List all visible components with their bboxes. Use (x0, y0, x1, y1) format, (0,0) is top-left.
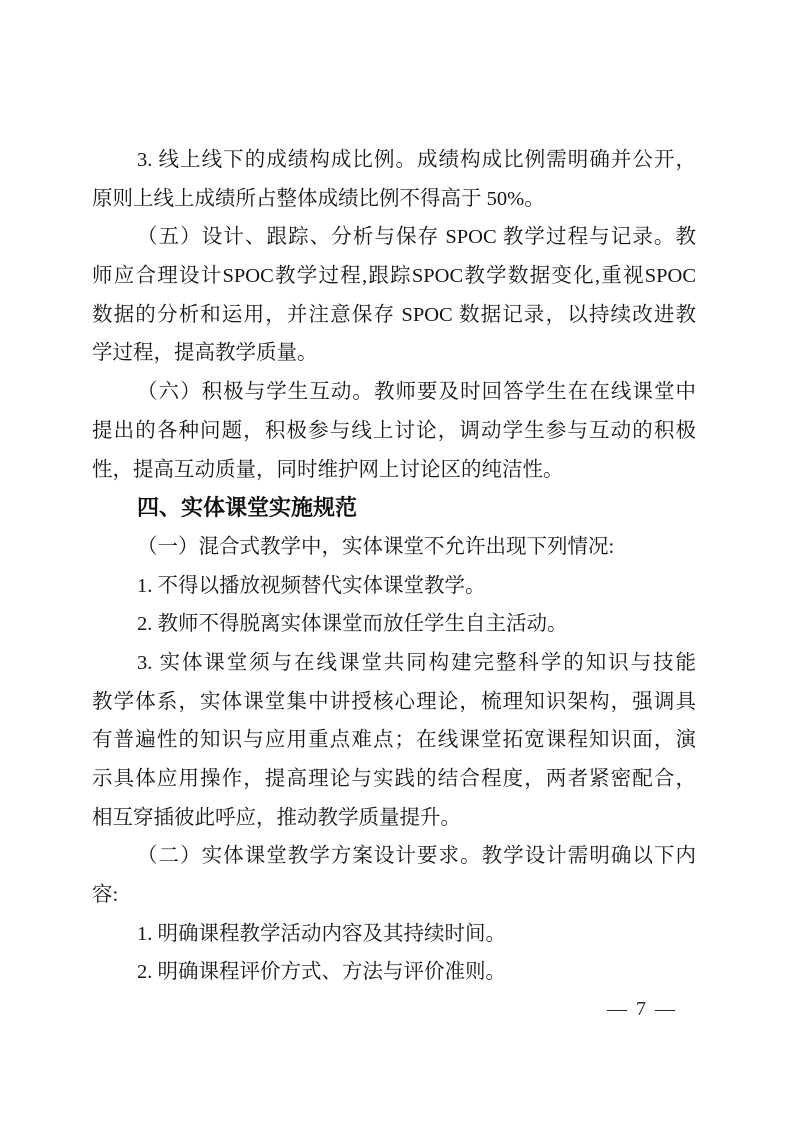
section-heading: 四、实体课堂实施规范 (92, 489, 696, 528)
text-line: 1. 不得以播放视频替代实体课堂教学。 (92, 567, 696, 606)
page-number: — 7 — (92, 994, 677, 1024)
text-line: 性，提高互动质量，同时维护网上讨论区的纯洁性。 (92, 451, 696, 490)
text-line: （一）混合式教学中，实体课堂不允许出现下列情况: (92, 528, 696, 567)
text-line: 师应合理设计SPOC教学过程,跟踪SPOC教学数据变化,重视SPOC (92, 257, 696, 296)
text-line: （二）实体课堂教学方案设计要求。教学设计需明确以下内 (92, 837, 696, 876)
text-line: 原则上线上成绩所占整体成绩比例不得高于 50%。 (92, 180, 696, 219)
text-line: （六）积极与学生互动。教师要及时回答学生在在线课堂中 (92, 373, 696, 412)
text-line: 教学体系，实体课堂集中讲授核心理论，梳理知识架构，强调具 (92, 683, 696, 722)
text-line: 2. 明确课程评价方式、方法与评价准则。 (92, 953, 696, 992)
text-line: 3. 线上线下的成绩构成比例。成绩构成比例需明确并公开， (92, 141, 696, 180)
text-line: 示具体应用操作，提高理论与实践的结合程度，两者紧密配合， (92, 760, 696, 799)
text-line: 相互穿插彼此呼应，推动教学质量提升。 (92, 799, 696, 838)
document-body: 3. 线上线下的成绩构成比例。成绩构成比例需明确并公开，原则上线上成绩所占整体成… (92, 141, 696, 992)
text-line: 2. 教师不得脱离实体课堂而放任学生自主活动。 (92, 605, 696, 644)
text-line: 1. 明确课程教学活动内容及其持续时间。 (92, 915, 696, 954)
document-page: 3. 线上线下的成绩构成比例。成绩构成比例需明确并公开，原则上线上成绩所占整体成… (0, 0, 794, 1123)
text-line: 数据的分析和运用，并注意保存 SPOC 数据记录，以持续改进教 (92, 296, 696, 335)
text-line: 3. 实体课堂须与在线课堂共同构建完整科学的知识与技能 (92, 644, 696, 683)
text-line: 学过程，提高教学质量。 (92, 334, 696, 373)
text-line: 容: (92, 876, 696, 915)
text-line: 提出的各种问题，积极参与线上讨论，调动学生参与互动的积极 (92, 412, 696, 451)
text-line: （五）设计、跟踪、分析与保存 SPOC 教学过程与记录。教 (92, 218, 696, 257)
text-line: 有普遍性的知识与应用重点难点；在线课堂拓宽课程知识面，演 (92, 721, 696, 760)
